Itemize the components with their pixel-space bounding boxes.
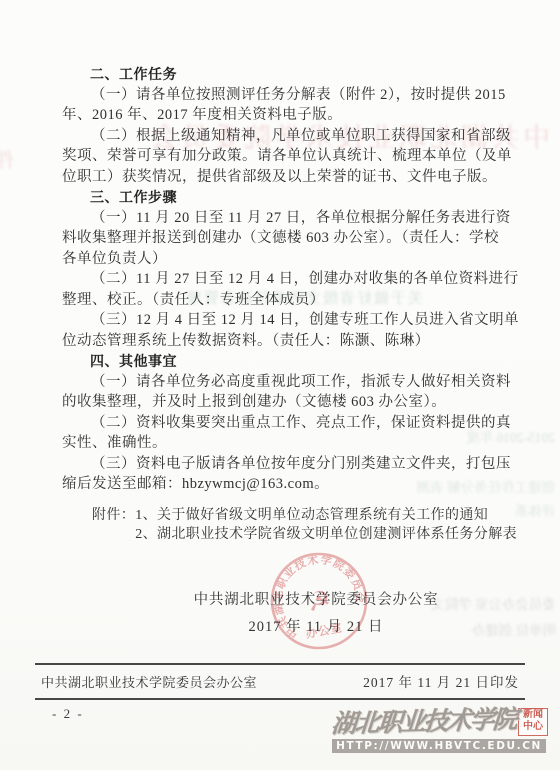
badge-line2: 中心: [519, 721, 547, 733]
attachment-item: 2、湖北职业技术学院省级文明单位创建测评体系任务分解表: [135, 525, 517, 544]
watermark-url: HTTP://WWW.HBVTC.EDU.CN: [332, 739, 546, 753]
body-line: （二）资料收集要突出重点工作、亮点工作，保证资料提供的真: [62, 413, 510, 434]
body-line: （二）根据上级通知精神，凡单位或单位职工获得国家和省部级: [62, 126, 510, 147]
document-body: 二、工作任务（一）请各单位按照测评任务分解表（附件 2），按时提供 2015年、…: [62, 64, 510, 495]
body-line: （一）11 月 20 日至 11 月 27 日，各单位根据分解任务表进行资: [62, 208, 510, 229]
document-page: 中共湖北职业技术学院委员会 件 关于做好省级文明单位动态管理 2015-2016…: [0, 0, 560, 770]
body-line: 位职工）获奖情况，提供省部级及以上荣誉的证书、文件电子版。: [62, 167, 510, 188]
badge-line1: 新闻: [519, 709, 547, 721]
body-line: 缩后发送至邮箱：hbzywmcj@163.com。: [62, 474, 510, 495]
body-line: 料收集整理并报送到创建办（文德楼 603 办公室）。（责任人：学校: [62, 228, 510, 249]
signature-block: 中共湖北职业技术学院委员会办公室 2017 年 11 月 21 日: [156, 588, 476, 636]
body-line: （三）12 月 4 日至 12 月 14 日，创建专班工作人员进入省文明单: [62, 310, 510, 331]
signing-date: 2017 年 11 月 21 日: [156, 615, 476, 636]
attachments-list: 1、关于做好省级文明单位动态管理系统有关工作的通知2、湖北职业技术学院省级文明单…: [135, 506, 517, 544]
body-line: （一）请各单位按照测评任务分解表（附件 2），按时提供 2015: [62, 85, 510, 106]
attachment-item: 1、关于做好省级文明单位动态管理系统有关工作的通知: [135, 506, 517, 525]
body-line: 的收集整理，并及时上报到创建办（文德楼 603 办公室）。: [62, 392, 510, 413]
body-line: （二）11 月 27 日至 12 月 4 日，创建办对收集的各单位资料进行: [62, 269, 510, 290]
footer-print-date: 2017 年 11 月 21 日印发: [363, 671, 519, 691]
body-line: 整理、校正。（责任人：专班全体成员）: [62, 290, 510, 311]
footer-issuer: 中共湖北职业技术学院委员会办公室: [41, 672, 257, 691]
attachments-label: 附件：: [92, 506, 135, 544]
body-line: 实性、准确性。: [62, 433, 510, 454]
page-number: - 2 -: [52, 706, 84, 722]
body-line: （一）请各单位务必高度重视此项工作，指派专人做好相关资料: [62, 372, 510, 393]
watermark-calligraphy: 湖北职业技术学院: [330, 700, 517, 741]
news-center-badge: 新闻 中心: [518, 708, 548, 736]
body-line: 位动态管理系统上传数据资料。（责任人：陈灏、陈琳）: [62, 331, 510, 352]
body-line: 年、2016 年、2017 年度相关资料电子版。: [62, 105, 510, 126]
signing-organization: 中共湖北职业技术学院委员会办公室: [156, 588, 476, 609]
body-line: （三）资料电子版请各单位按年度分门别类建立文件夹，打包压: [62, 454, 510, 475]
body-line: 四、其他事宜: [62, 351, 510, 372]
news-center-watermark: 湖北职业技术学院 新闻 中心 HTTP://WWW.HBVTC.EDU.CN: [332, 702, 546, 753]
body-line: 奖项、荣誉可享有加分政策。请各单位认真统计、梳理本单位（及单: [62, 146, 510, 167]
body-line: 各单位负责人）: [62, 249, 510, 270]
body-line: 二、工作任务: [62, 64, 510, 85]
issuance-footer: 中共湖北职业技术学院委员会办公室 2017 年 11 月 21 日印发: [35, 663, 525, 700]
attachments-block: 附件： 1、关于做好省级文明单位动态管理系统有关工作的通知2、湖北职业技术学院省…: [92, 506, 517, 544]
bleedthrough-text: 件: [0, 144, 14, 173]
body-line: 三、工作步骤: [62, 187, 510, 208]
